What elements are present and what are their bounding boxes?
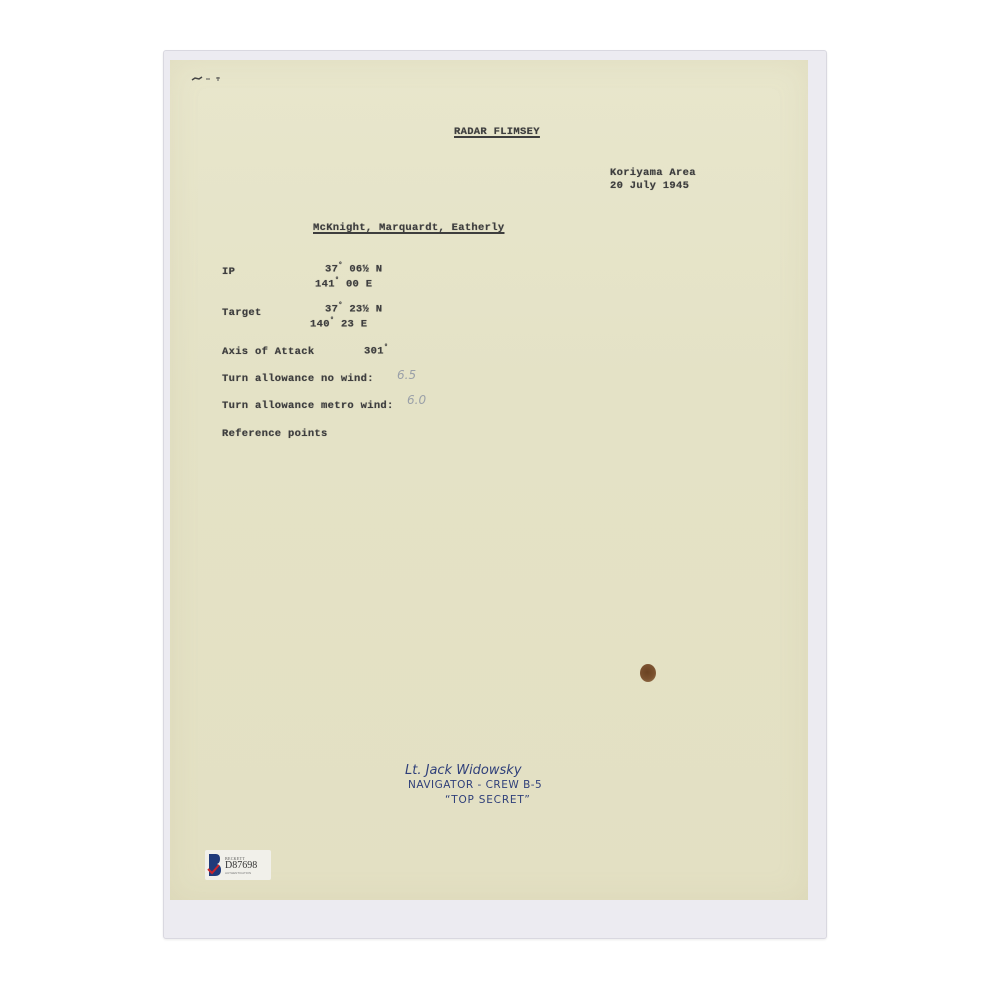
axis-of-attack-value: 301° [364, 344, 388, 358]
target-lat-min: 23½ N [349, 304, 382, 316]
reference-points-label: Reference points [222, 428, 328, 440]
ip-lon-deg: 141 [315, 279, 335, 291]
ip-lon-min: 00 E [346, 279, 372, 291]
authentication-id: D87698 [225, 861, 257, 871]
date-label: 20 July 1945 [610, 180, 689, 192]
authentication-sticker: BECKETT D87698 AUTHENTICATION [205, 850, 271, 880]
turn-allowance-no-wind-label: Turn allowance no wind: [222, 373, 374, 385]
degree-symbol: ° [338, 302, 343, 310]
beckett-logo-icon [207, 853, 221, 877]
target-lon-deg: 140 [310, 319, 330, 331]
target-lon-min: 23 E [341, 319, 367, 331]
inscription-note: “TOP SECRET” [445, 795, 531, 806]
ip-latitude: 37° 06½ N [325, 262, 382, 276]
authentication-sub: AUTHENTICATION [225, 871, 257, 875]
axis-value: 301 [364, 346, 384, 358]
ip-label: IP [222, 266, 235, 278]
turn-allowance-metro-wind-value: 6.0 [407, 393, 426, 407]
target-latitude: 37° 23½ N [325, 302, 382, 316]
target-lat-deg: 37 [325, 304, 338, 316]
ink-marks [190, 73, 240, 83]
crew-names: McKnight, Marquardt, Eatherly [313, 222, 504, 234]
area-label: Koriyama Area [610, 167, 696, 179]
degree-symbol: ° [338, 262, 343, 270]
ip-lat-deg: 37 [325, 264, 338, 276]
target-label: Target [222, 307, 262, 319]
turn-allowance-no-wind-value: 6.5 [397, 368, 416, 382]
degree-symbol: ° [335, 277, 340, 285]
degree-symbol: ° [384, 344, 389, 352]
ip-lat-min: 06½ N [349, 264, 382, 276]
ip-longitude: 141° 00 E [315, 277, 372, 291]
inscription-role: NAVIGATOR - CREW B-5 [408, 780, 542, 791]
document-title: RADAR FLIMSEY [454, 126, 540, 138]
signature: Lt. Jack Widowsky [405, 764, 522, 778]
axis-of-attack-label: Axis of Attack [222, 346, 314, 358]
degree-symbol: ° [330, 317, 335, 325]
target-longitude: 140° 23 E [310, 317, 367, 331]
stain-spot [640, 664, 656, 682]
turn-allowance-metro-wind-label: Turn allowance metro wind: [222, 400, 394, 412]
